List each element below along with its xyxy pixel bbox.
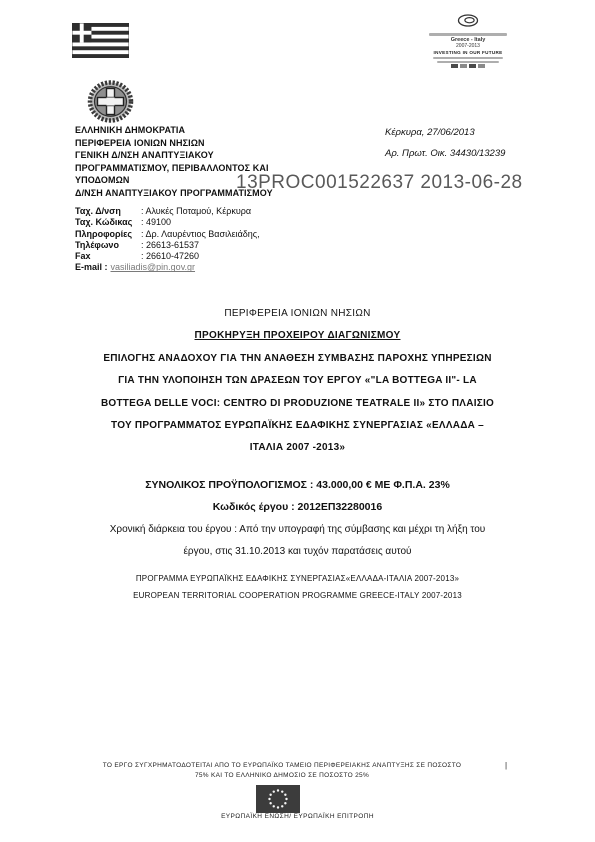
project-duration-line: έργου, στις 31.10.2013 και τυχόν παρατάσ… (40, 541, 555, 563)
email-label: E-mail : (75, 262, 108, 273)
flag-chip-icon (460, 64, 467, 68)
place-date: Κέρκυρα, 27/06/2013 (385, 127, 505, 138)
contact-row: Πληροφορίες : Δρ. Λαυρέντιος Βασιλειάδης… (75, 229, 260, 240)
contact-row: Τηλέφωνο : 26613-61537 (75, 240, 260, 251)
contact-row-email: E-mail : vasiliadis@pin.gov.gr (75, 262, 260, 273)
tender-subject-line: ΕΠΙΛΟΓΗΣ ΑΝΑΔΟΧΟΥ ΓΙΑ ΤΗΝ ΑΝΑΘΕΣΗ ΣΥΜΒΑΣ… (40, 348, 555, 370)
logo-fine-print (433, 57, 503, 59)
protocol-number: Αρ. Πρωτ. Οικ. 34430/13239 (385, 148, 505, 159)
project-code: Κωδικός έργου : 2012ΕΠ32280016 (40, 496, 555, 518)
logo-fine-print (429, 33, 507, 36)
email-link[interactable]: vasiliadis@pin.gov.gr (111, 262, 196, 273)
project-duration-line: Χρονική διάρκεια του έργου : Από την υπο… (40, 519, 555, 541)
contact-label: Τηλέφωνο (75, 240, 141, 251)
flag-chip-icon (469, 64, 476, 68)
logo-partner-flags (451, 64, 485, 68)
programme-name-el: ΠΡΟΓΡΑΜΜΑ ΕΥΡΩΠΑΪΚΗΣ ΕΔΑΦΙΚΗΣ ΣΥΝΕΡΓΑΣΙΑ… (40, 570, 555, 587)
document-meta: Κέρκυρα, 27/06/2013 Αρ. Πρωτ. Οικ. 34430… (385, 127, 505, 159)
swirl-icon (457, 14, 479, 32)
tender-subject-line: BOTTEGA DELLE VOCI: CENTRO DI PRODUZIONE… (40, 393, 555, 415)
tender-subject-line: ΓΙΑ ΤΗΝ ΥΛΟΠΟΙΗΣΗ ΤΩΝ ΔΡΑΣΕΩΝ ΤΟΥ ΕΡΓΟΥ … (40, 370, 555, 392)
tender-heading: ΠΡΟΚΗΡΥΞΗ ΠΡΟΧΕΙΡΟΥ ΔΙΑΓΩΝΙΣΜΟΥ (40, 325, 555, 347)
logo-fine-print (437, 61, 499, 63)
contact-value: : 26610-47260 (141, 251, 199, 262)
cofinance-line: 75% ΚΑΙ ΤΟ ΕΛΛΗΝΙΚΟ ΔΗΜΟΣΙΟ ΣΕ ΠΟΣΟΣΤΟ 2… (62, 771, 502, 781)
contact-label: Πληροφορίες (75, 229, 141, 240)
greek-flag-icon (72, 23, 129, 63)
region-title: ΠΕΡΙΦΕΡΕΙΑ ΙΟΝΙΩΝ ΝΗΣΙΩΝ (40, 303, 555, 325)
contact-row: Ταχ. Κώδικας : 49100 (75, 217, 260, 228)
programme-logo: Greece - Italy 2007-2013 INVESTING IN OU… (415, 14, 521, 68)
registry-watermark: 13PROC001522637 2013-06-28 (236, 172, 523, 194)
eu-caption: ΕΥΡΩΠΑΪΚΗ ΕΝΩΣΗ/ ΕΥΡΩΠΑΪΚΗ ΕΠΙΤΡΟΠΗ (0, 813, 595, 820)
contact-label: Ταχ. Κώδικας (75, 217, 141, 228)
contact-value: : Αλυκές Ποταμού, Κέρκυρα (141, 206, 251, 217)
agency-line: ΓΕΝΙΚΗ Δ/ΝΣΗ ΑΝΑΠΤΥΞΙΑΚΟΥ (75, 149, 395, 162)
programme-name-en: EUROPEAN TERRITORIAL COOPERATION PROGRAM… (40, 587, 555, 604)
contact-value: : Δρ. Λαυρέντιος Βασιλειάδης, (141, 229, 260, 240)
total-budget: ΣΥΝΟΛΙΚΟΣ ΠΡΟΫΠΟΛΟΓΙΣΜΟΣ : 43.000,00 € Μ… (40, 474, 555, 496)
logo-slogan: INVESTING IN OUR FUTURE (434, 50, 503, 55)
contact-row: Ταχ. Δ/νση : Αλυκές Ποταμού, Κέρκυρα (75, 206, 260, 217)
footer-separator: | (505, 761, 507, 770)
cofinance-line: ΤΟ ΕΡΓΟ ΣΥΓΧΡΗΜΑΤΟΔΟΤΕΙΤΑΙ ΑΠΟ ΤΟ ΕΥΡΩΠΑ… (62, 761, 502, 771)
agency-line: ΕΛΛΗΝΙΚΗ ΔΗΜΟΚΡΑΤΙΑ (75, 124, 395, 137)
contact-value: : 49100 (141, 217, 171, 228)
contact-row: Fax : 26610-47260 (75, 251, 260, 262)
contact-value: : 26613-61537 (141, 240, 199, 251)
tender-subject-line: ΤΟΥ ΠΡΟΓΡΑΜΜΑΤΟΣ ΕΥΡΩΠΑΪΚΗΣ ΕΔΑΦΙΚΗΣ ΣΥΝ… (40, 415, 555, 437)
greek-emblem-icon (87, 80, 134, 129)
logo-period: 2007-2013 (456, 43, 480, 49)
document-page: Greece - Italy 2007-2013 INVESTING IN OU… (0, 0, 595, 842)
agency-line: ΠΕΡΙΦΕΡΕΙΑ ΙΟΝΙΩΝ ΝΗΣΙΩΝ (75, 137, 395, 150)
contact-label: Fax (75, 251, 141, 262)
contact-label: Ταχ. Δ/νση (75, 206, 141, 217)
tender-subject-line: ΙΤΑΛΙΑ 2007 -2013» (40, 437, 555, 459)
contact-block: Ταχ. Δ/νση : Αλυκές Ποταμού, Κέρκυρα Ταχ… (75, 206, 260, 274)
announcement-block: ΠΕΡΙΦΕΡΕΙΑ ΙΟΝΙΩΝ ΝΗΣΙΩΝ ΠΡΟΚΗΡΥΞΗ ΠΡΟΧΕ… (40, 303, 555, 604)
flag-chip-icon (478, 64, 485, 68)
cofinance-note: ΤΟ ΕΡΓΟ ΣΥΓΧΡΗΜΑΤΟΔΟΤΕΙΤΑΙ ΑΠΟ ΤΟ ΕΥΡΩΠΑ… (62, 761, 502, 781)
flag-chip-icon (451, 64, 458, 68)
